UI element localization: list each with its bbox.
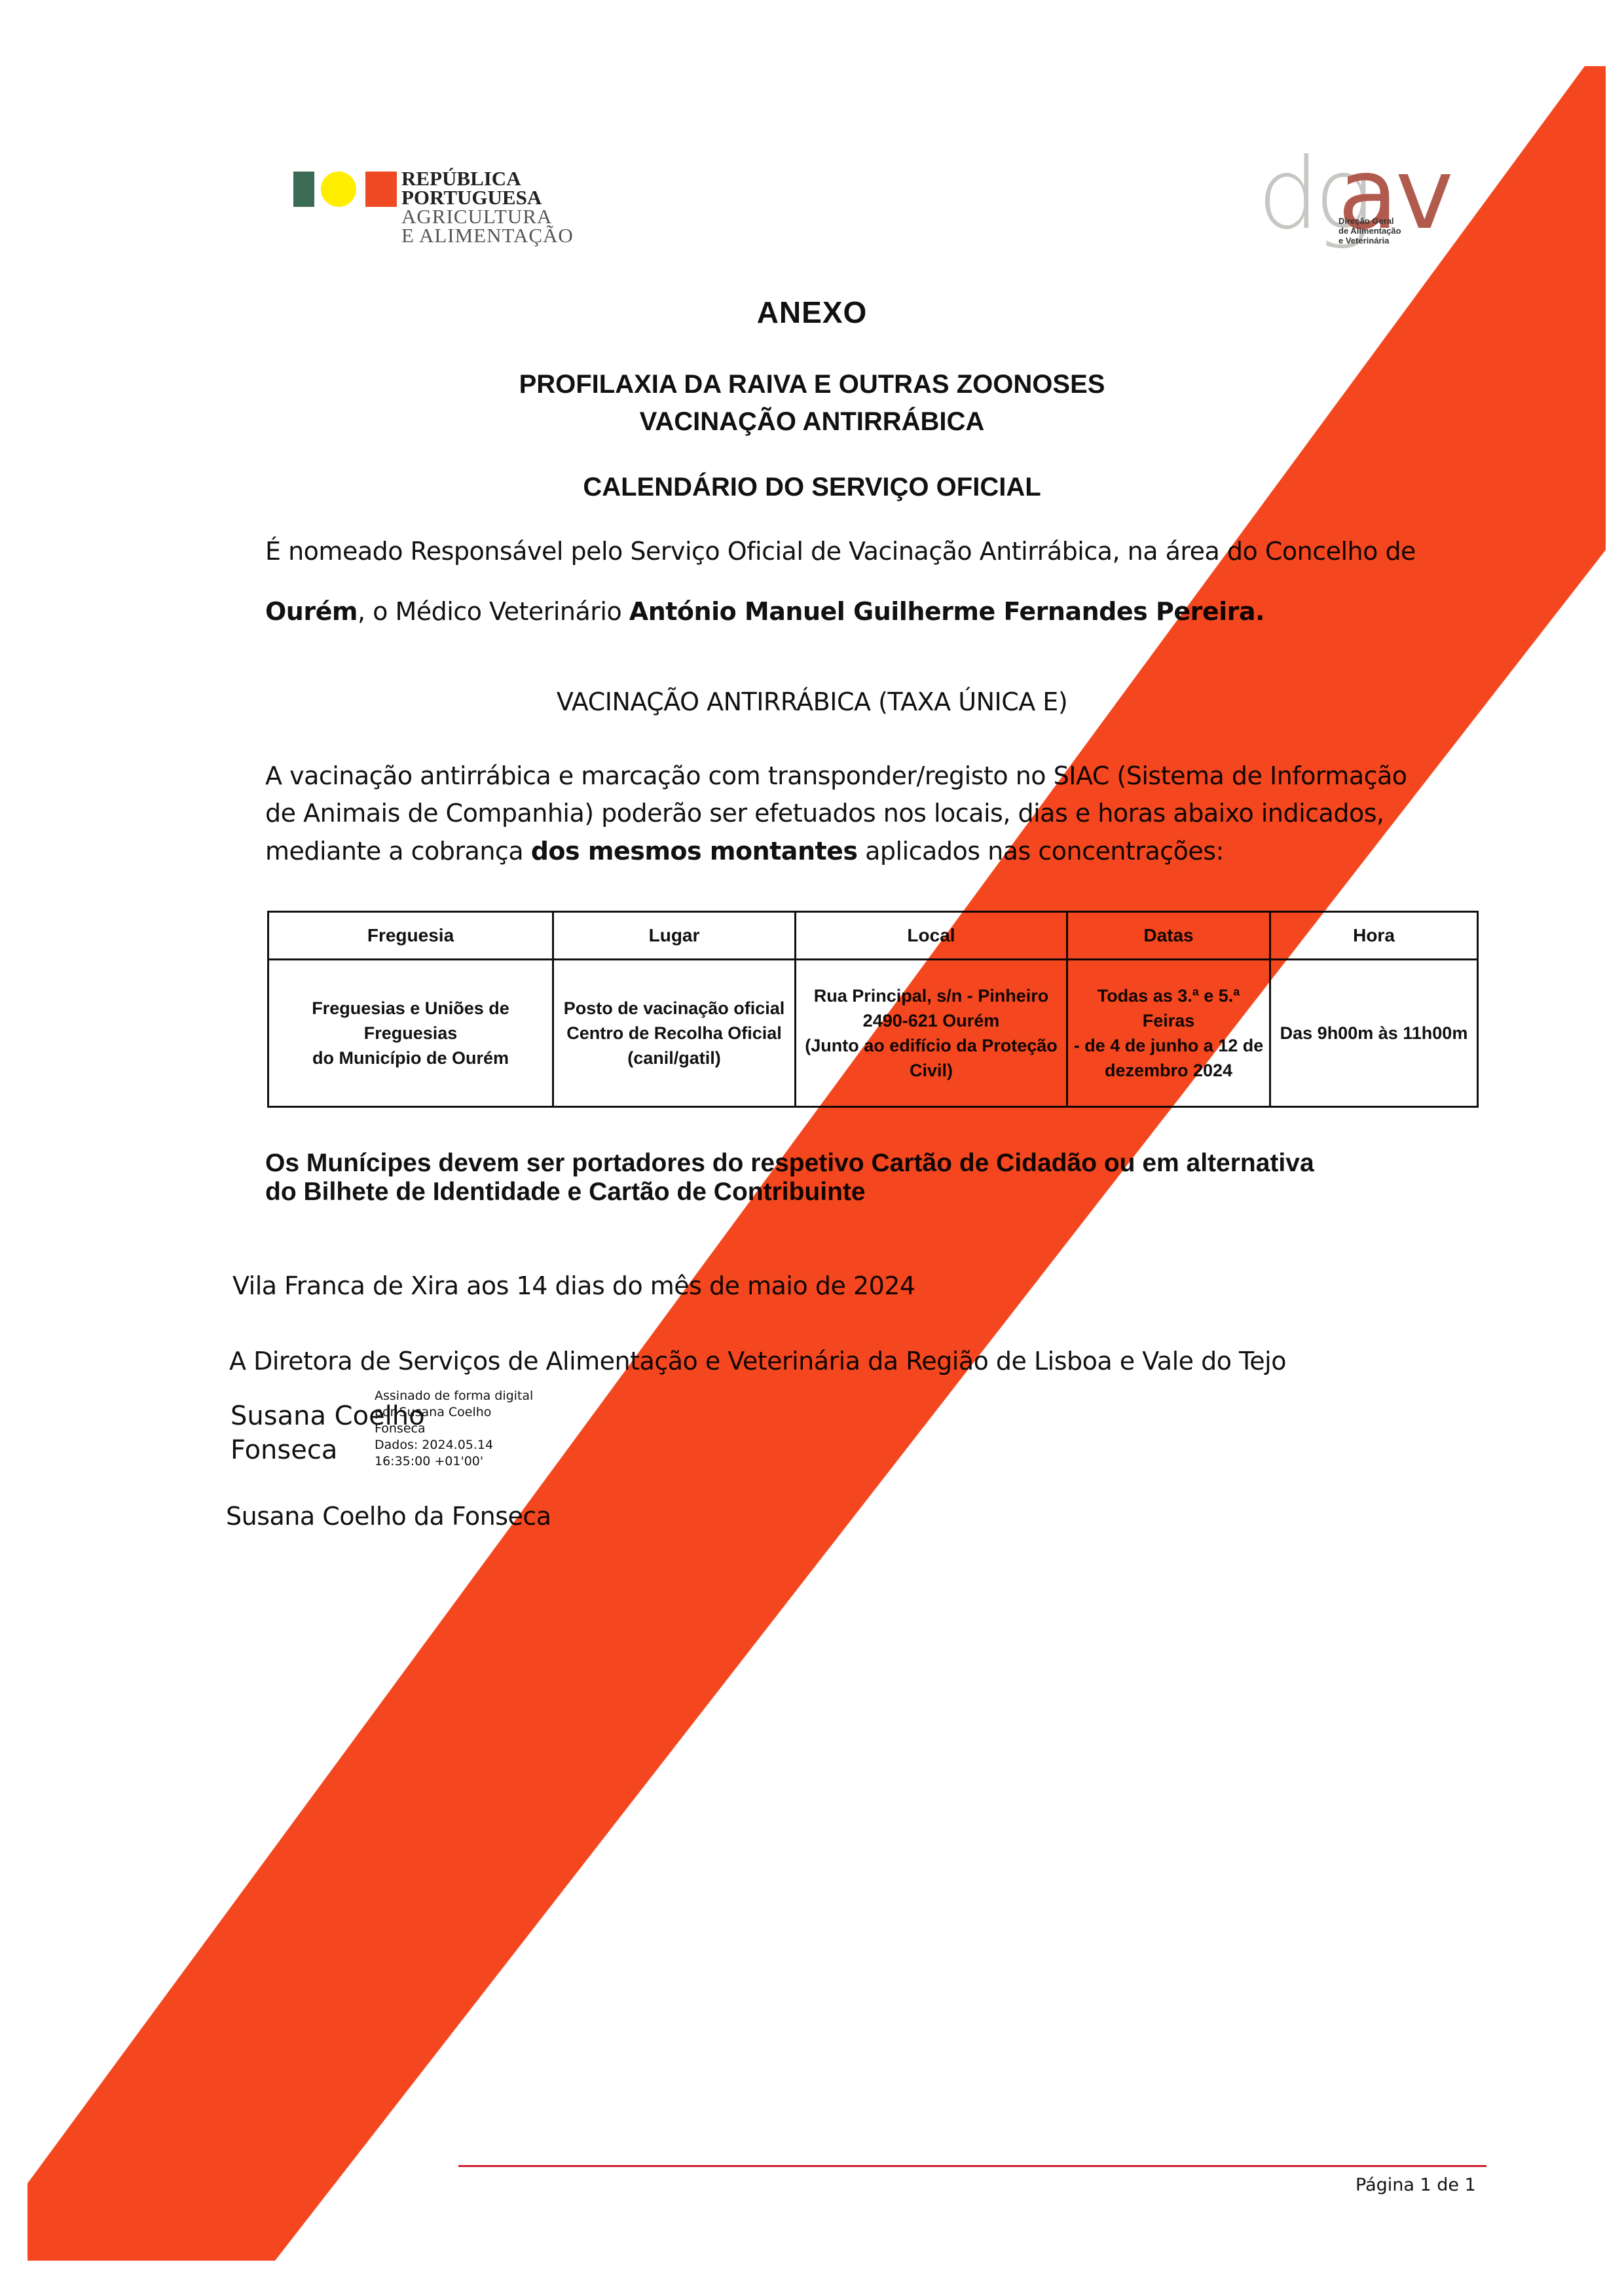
- appointment-line-2: Ourém, o Médico Veterinário António Manu…: [265, 597, 1264, 626]
- page-number: Página 1 de 1: [1356, 2175, 1476, 2195]
- logo-line-3: AGRICULTURA: [401, 207, 574, 226]
- cell-text: Todas as 3.ª e 5.ª Feiras: [1072, 983, 1265, 1033]
- signature-meta-line: 16:35:00 +01'00': [375, 1453, 533, 1470]
- col-header-hora: Hora: [1270, 912, 1478, 960]
- subtitle-profilaxia: PROFILAXIA DA RAIVA E OUTRAS ZOONOSES: [0, 370, 1624, 399]
- cell-local: Rua Principal, s/n - Pinheiro 2490-621 O…: [796, 960, 1067, 1107]
- cell-lugar: Posto de vacinação oficial Centro de Rec…: [553, 960, 796, 1107]
- table-row: Freguesias e Uniões de Freguesias do Mun…: [268, 960, 1478, 1107]
- cell-text: Civil): [800, 1058, 1062, 1083]
- intro-line-2: de Animais de Companhia) poderão ser efe…: [265, 799, 1384, 828]
- signature-metadata: Assinado de forma digital por Susana Coe…: [375, 1388, 533, 1470]
- signature-meta-line: Fonseca: [375, 1421, 533, 1437]
- dgav-sub-1: Direção Geral: [1338, 216, 1401, 226]
- col-header-local: Local: [796, 912, 1067, 960]
- cell-hora: Das 9h00m às 11h00m: [1270, 960, 1478, 1107]
- notice-line-1: Os Munícipes devem ser portadores do res…: [265, 1149, 1509, 1178]
- cell-text: do Município de Ourém: [273, 1046, 548, 1070]
- dgav-sub-2: de Alimentação: [1338, 226, 1401, 236]
- intro-line-3-bold: dos mesmos montantes: [531, 837, 858, 866]
- citizen-notice: Os Munícipes devem ser portadores do res…: [265, 1149, 1509, 1207]
- subtitle-calendario: CALENDÁRIO DO SERVIÇO OFICIAL: [0, 473, 1624, 502]
- notice-line-2: do Bilhete de Identidade e Cartão de Con…: [265, 1178, 1509, 1207]
- logo-line-4: E ALIMENTAÇÃO: [401, 226, 574, 245]
- cell-text: - de 4 de junho a 12 de: [1072, 1033, 1265, 1058]
- flag-red-square-icon: [365, 172, 397, 207]
- signature-meta-line: Dados: 2024.05.14: [375, 1437, 533, 1453]
- intro-line-3: mediante a cobrança dos mesmos montantes…: [265, 837, 1224, 866]
- section-heading: VACINAÇÃO ANTIRRÁBICA (TAXA ÚNICA E): [0, 687, 1624, 716]
- cell-freguesia: Freguesias e Uniões de Freguesias do Mun…: [268, 960, 553, 1107]
- schedule-table: Freguesia Lugar Local Datas Hora Fregues…: [267, 911, 1479, 1108]
- cell-text: Centro de Recolha Oficial: [558, 1021, 790, 1046]
- logo-line-1: REPÚBLICA: [401, 169, 574, 188]
- page-title: ANEXO: [0, 295, 1624, 330]
- intro-line-3-pre: mediante a cobrança: [265, 837, 531, 866]
- signature-meta-line: Assinado de forma digital: [375, 1388, 533, 1404]
- cell-text: (canil/gatil): [558, 1046, 790, 1070]
- table-header-row: Freguesia Lugar Local Datas Hora: [268, 912, 1478, 960]
- vet-name: António Manuel Guilherme Fernandes Perei…: [629, 597, 1264, 626]
- cell-text: dezembro 2024: [1072, 1058, 1265, 1083]
- appointment-line-1: É nomeado Responsável pelo Serviço Ofici…: [265, 537, 1416, 566]
- place-date: Vila Franca de Xira aos 14 dias do mês d…: [232, 1271, 915, 1300]
- signatory-name: Susana Coelho da Fonseca: [226, 1502, 551, 1531]
- signature-meta-line: por Susana Coelho: [375, 1404, 533, 1421]
- flag-green-square-icon: [293, 172, 314, 207]
- subtitle-vacinacao: VACINAÇÃO ANTIRRÁBICA: [0, 407, 1624, 437]
- intro-line-3-post: aplicados nas concentrações:: [858, 837, 1224, 866]
- dgav-sub-3: e Veterinária: [1338, 236, 1401, 246]
- intro-line-1: A vacinação antirrábica e marcação com t…: [265, 761, 1407, 790]
- flag-yellow-circle-icon: [321, 172, 356, 207]
- diagonal-red-band: [0, 0, 1624, 2296]
- col-header-lugar: Lugar: [553, 912, 796, 960]
- cell-datas: Todas as 3.ª e 5.ª Feiras - de 4 de junh…: [1067, 960, 1270, 1107]
- cell-text: 2490-621 Ourém: [800, 1008, 1062, 1033]
- footer-divider: [458, 2165, 1486, 2167]
- municipality-name: Ourém: [265, 597, 358, 626]
- logo-line-2: PORTUGUESA: [401, 188, 574, 207]
- signatory-role: A Diretora de Serviços de Alimentação e …: [229, 1347, 1286, 1376]
- cell-text: (Junto ao edifício da Proteção: [800, 1033, 1062, 1058]
- dgav-logo: dg av Direção Geral de Alimentação e Vet…: [1257, 157, 1473, 268]
- col-header-freguesia: Freguesia: [268, 912, 553, 960]
- col-header-datas: Datas: [1067, 912, 1270, 960]
- cell-text: Rua Principal, s/n - Pinheiro: [800, 983, 1062, 1008]
- cell-text: Posto de vacinação oficial: [558, 996, 790, 1021]
- appointment-mid: , o Médico Veterinário: [358, 597, 629, 626]
- cell-text: Freguesias e Uniões de Freguesias: [273, 996, 548, 1046]
